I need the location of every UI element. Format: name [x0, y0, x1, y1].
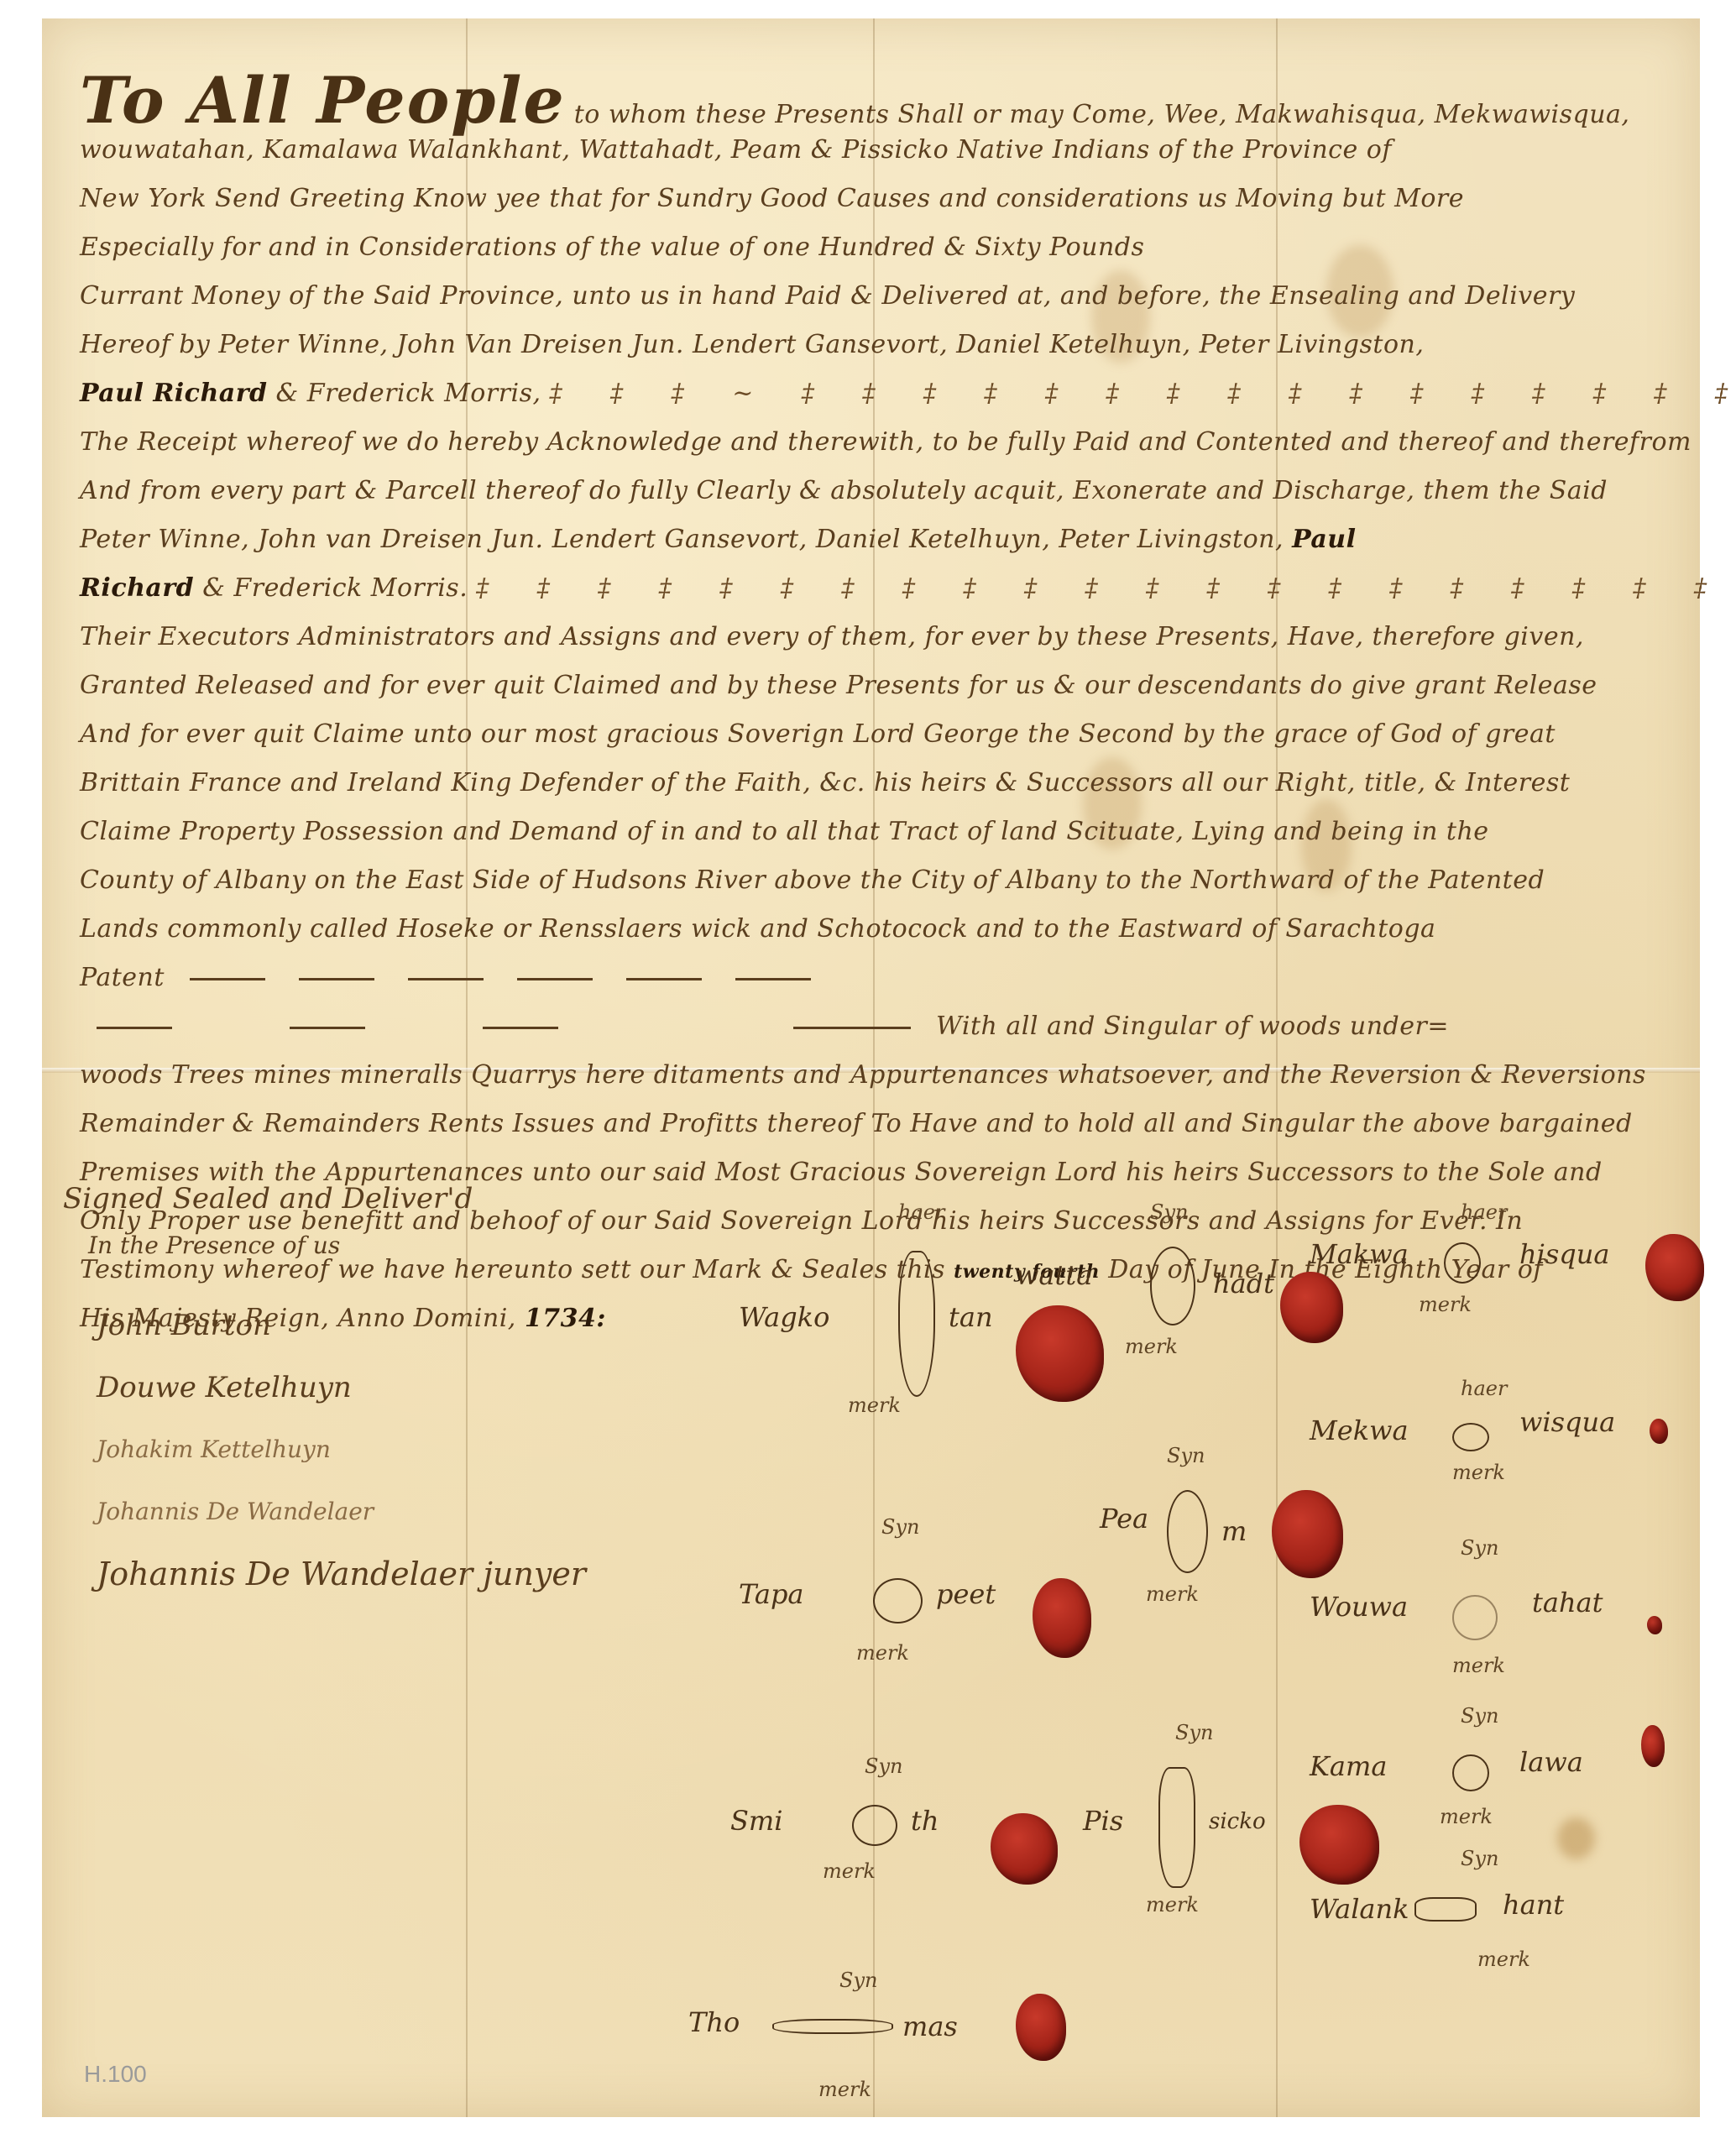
body-line: Lands commonly called Hoseke or Rensslae…: [80, 905, 1675, 954]
body-line: The Receipt whereof we do hereby Acknowl…: [80, 418, 1675, 467]
witness-signature: Johannis De Wandelaer: [63, 1481, 667, 1543]
bird-totem-icon: [898, 1251, 935, 1397]
witness-signature: Johakim Kettelhuyn: [63, 1419, 667, 1481]
body-line: New York Send Greeting Know yee that for…: [80, 175, 1675, 223]
filler-dash: [483, 1027, 558, 1029]
body-line: And from every part & Parcell thereof do…: [80, 467, 1675, 515]
turtle-totem-icon: [1452, 1423, 1489, 1451]
body-line: wouwatahan, Kamalawa Walankhant, Wattaha…: [80, 126, 1675, 175]
body-line: Brittain France and Ireland King Defende…: [80, 759, 1675, 808]
wax-seal: [1645, 1234, 1704, 1301]
body-line: To All People to whom these Presents Sha…: [80, 50, 1675, 126]
wax-seal: [1650, 1419, 1668, 1444]
turtle-totem-icon: [1452, 1754, 1489, 1791]
animal-totem-icon: [1414, 1897, 1477, 1922]
filler-dash: [408, 978, 484, 980]
attestation-block: Signed Sealed and Deliver'd In the Prese…: [63, 1175, 667, 1605]
body-line: Richard & Frederick Morris. ‡ ‡ ‡ ‡ ‡ ‡ …: [80, 564, 1675, 613]
body-line: Peter Winne, John van Dreisen Jun. Lende…: [80, 515, 1675, 564]
filler-dash: [97, 1027, 172, 1029]
attestation-subheading: In the Presence of us: [63, 1222, 667, 1269]
body-line: With all and Singular of woods under=: [80, 1002, 1675, 1051]
body-line: Remainder & Remainders Rents Issues and …: [80, 1100, 1675, 1148]
body-line: Paul Richard & Frederick Morris, ‡ ‡ ‡ ~…: [80, 369, 1675, 418]
deed-body: To All People to whom these Presents Sha…: [80, 50, 1675, 1343]
witness-signature: Johannis De Wandelaer junyer: [63, 1543, 667, 1605]
line-filler-flourish: ‡ ‡ ‡ ‡ ‡ ‡ ‡ ‡ ‡ ‡ ‡ ‡ ‡ ‡ ‡ ‡ ‡ ‡ ‡ ‡ …: [476, 573, 1736, 603]
filler-dash: [299, 978, 374, 980]
wax-seal: [1280, 1272, 1343, 1343]
body-line: Their Executors Administrators and Assig…: [80, 613, 1675, 661]
body-line: Currant Money of the Said Province, unto…: [80, 272, 1675, 321]
wax-seal: [1033, 1578, 1091, 1658]
witness-signature: John Burton: [63, 1294, 667, 1357]
catalog-number: H.100: [84, 2061, 147, 2088]
filler-dash: [735, 978, 811, 980]
turtle-totem-icon: [1150, 1247, 1195, 1325]
line-filler-flourish: ‡ ‡ ‡ ~ ‡ ‡ ‡ ‡ ‡ ‡ ‡ ‡ ‡ ‡ ‡ ‡ ‡ ‡ ‡ ‡ …: [550, 379, 1736, 408]
body-line: Granted Released and for ever quit Claim…: [80, 661, 1675, 710]
body-line: Patent: [80, 954, 1675, 1002]
animal-totem-icon: [772, 2019, 893, 2034]
wax-seal: [1016, 1994, 1066, 2061]
wax-seal: [1641, 1725, 1665, 1767]
turtle-totem-icon: [873, 1578, 923, 1624]
turtle-totem-icon: [1444, 1242, 1481, 1284]
body-line: And for ever quit Claime unto our most g…: [80, 710, 1675, 759]
water-stain: [1557, 1817, 1595, 1859]
body-line: County of Albany on the East Side of Hud…: [80, 856, 1675, 905]
attestation-heading: Signed Sealed and Deliver'd: [63, 1175, 667, 1222]
turtle-totem-icon: [1167, 1490, 1208, 1573]
turtle-totem-icon: [852, 1805, 897, 1846]
body-line: Especially for and in Considerations of …: [80, 223, 1675, 272]
filler-dash: [517, 978, 593, 980]
turtle-totem-icon: [1452, 1595, 1498, 1640]
witness-signature: Douwe Ketelhuyn: [63, 1357, 667, 1419]
filler-dash: [190, 978, 265, 980]
filler-dash: [626, 978, 702, 980]
body-line: woods Trees mines mineralls Quarrys here…: [80, 1051, 1675, 1100]
deer-totem-icon: [1158, 1767, 1195, 1888]
body-line: Hereof by Peter Winne, John Van Dreisen …: [80, 321, 1675, 369]
filler-dash: [290, 1027, 365, 1029]
wax-seal: [1647, 1616, 1662, 1634]
filler-dash: [793, 1027, 911, 1029]
body-line: Claime Property Possession and Demand of…: [80, 808, 1675, 856]
